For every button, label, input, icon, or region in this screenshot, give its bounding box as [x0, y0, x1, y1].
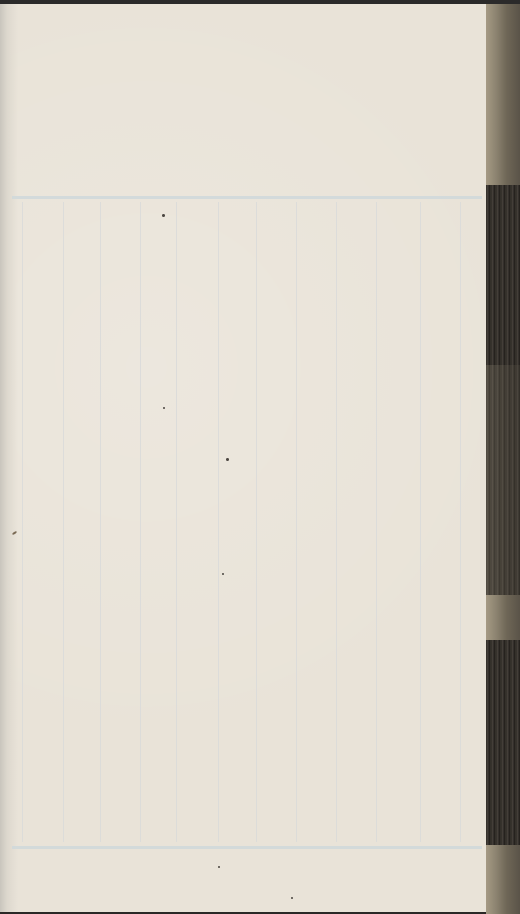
page-edge-dark — [486, 365, 520, 595]
header-rule-line — [12, 196, 482, 199]
paper-speck — [226, 458, 229, 461]
column-rule — [218, 202, 219, 842]
paper-speck — [218, 866, 220, 868]
column-rule — [336, 202, 337, 842]
page-edge-dark — [486, 185, 520, 365]
column-rule — [420, 202, 421, 842]
column-rule — [22, 202, 23, 842]
paper-speck — [222, 573, 224, 575]
paper-speck — [163, 407, 165, 409]
column-rule — [100, 202, 101, 842]
paper-speck — [162, 214, 165, 217]
column-rule — [460, 202, 461, 842]
column-rule — [63, 202, 64, 842]
paper-speck — [291, 897, 293, 899]
column-rule — [376, 202, 377, 842]
page-edge-dark — [486, 640, 520, 845]
ledger-page — [0, 4, 488, 912]
column-rule — [140, 202, 141, 842]
column-rule — [256, 202, 257, 842]
footer-rule-line — [12, 846, 482, 849]
column-rule — [176, 202, 177, 842]
column-rule — [296, 202, 297, 842]
gutter-shadow — [0, 4, 18, 912]
